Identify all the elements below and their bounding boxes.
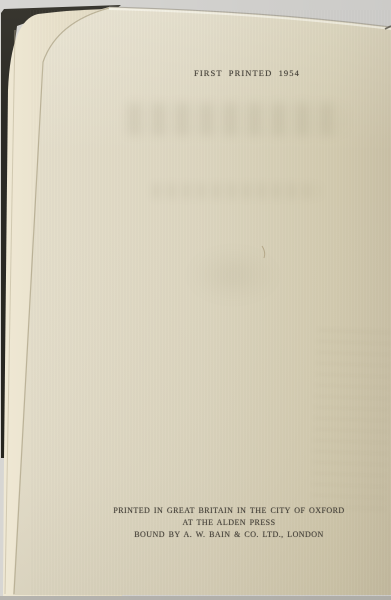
printing-notice: FIRST PRINTED 1954 — [112, 67, 382, 79]
colophon: PRINTED IN GREAT BRITAIN IN THE CITY OF … — [62, 505, 391, 541]
colophon-line-printed-in: PRINTED IN GREAT BRITAIN IN THE CITY OF … — [62, 505, 391, 517]
colophon-line-press: AT THE ALDEN PRESS — [62, 517, 391, 529]
bottom-scan-shadow — [0, 596, 391, 600]
colophon-line-bound-by: BOUND BY A. W. BAIN & CO. LTD., LONDON — [62, 529, 391, 541]
book-photo: FIRST PRINTED 1954 PRINTED IN GREAT BRIT… — [0, 0, 391, 600]
